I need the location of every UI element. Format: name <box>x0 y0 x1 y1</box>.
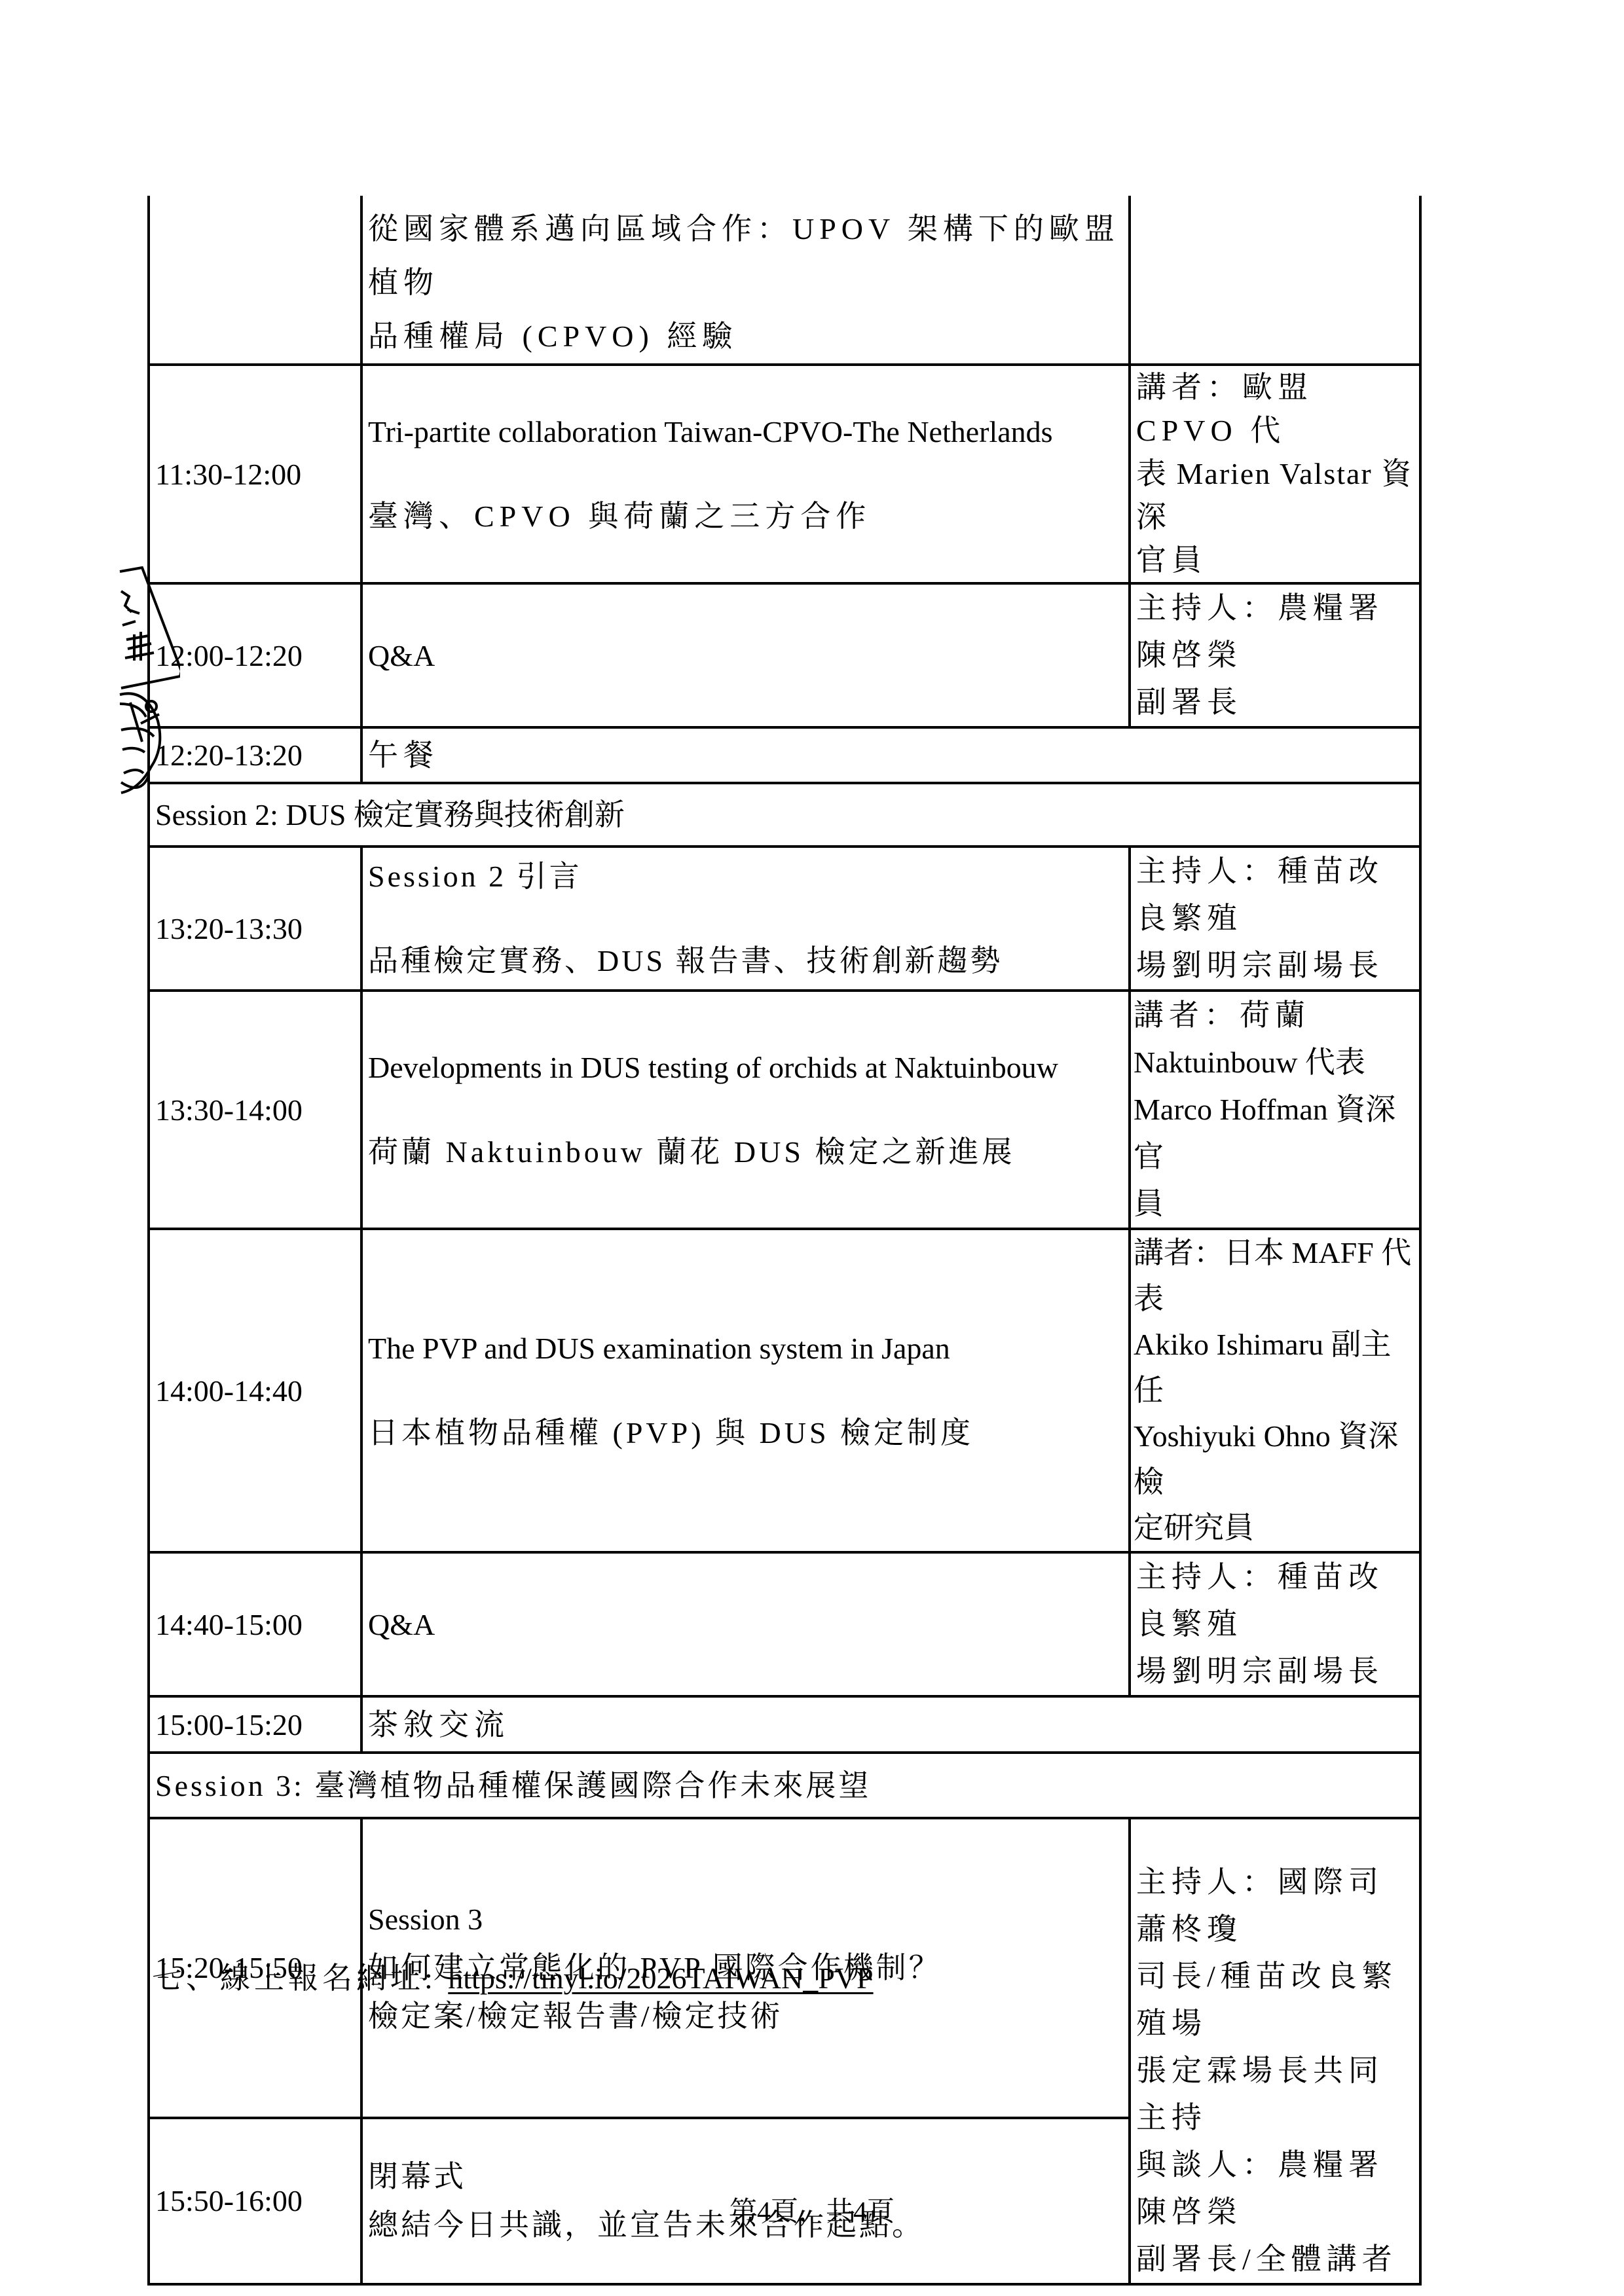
person-line: 主持人：種苗改良繁殖 <box>1136 1554 1414 1648</box>
topic-cell: 從國家體系邁向區域合作：UPOV 架構下的歐盟植物 品種權局 (CPVO) 經驗 <box>361 196 1130 365</box>
registration-label: 七、線上報名網址: <box>152 1961 448 1995</box>
person-line: 副署長/全體講者 <box>1136 2236 1414 2283</box>
person-line: 講者：日本 MAFF 代表 <box>1134 1230 1414 1322</box>
session-header-row: Session 2: DUS 檢定實務與技術創新 <box>149 783 1420 847</box>
topic-line: Session 3 <box>368 1895 1123 1944</box>
topic-line-zh: 荷蘭 Naktuinbouw 蘭花 DUS 檢定之新進展 <box>368 1129 1123 1175</box>
topic-cell: The PVP and DUS examination system in Ja… <box>361 1229 1130 1552</box>
time-cell: 15:00-15:20 <box>149 1696 361 1753</box>
person-line: 表 Marien Valstar 資深 <box>1136 452 1414 539</box>
table-row: 14:00-14:40 The PVP and DUS examination … <box>149 1229 1420 1552</box>
person-line: 定研究員 <box>1134 1505 1414 1551</box>
topic-line: 從國家體系邁向區域合作：UPOV 架構下的歐盟植物 <box>368 202 1123 310</box>
registration-link[interactable]: https://tinyl.io/2026TAIWAN_PVP <box>448 1961 873 1995</box>
person-cell: 主持人：種苗改良繁殖 場劉明宗副場長 <box>1130 1552 1420 1696</box>
topic-line-zh: 臺灣、CPVO 與荷蘭之三方合作 <box>368 494 1123 539</box>
time-cell <box>149 196 361 365</box>
topic-line: 品種檢定實務、DUS 報告書、技術創新趨勢 <box>368 938 1123 983</box>
table-row: 從國家體系邁向區域合作：UPOV 架構下的歐盟植物 品種權局 (CPVO) 經驗 <box>149 196 1420 365</box>
table-row: 15:00-15:20 茶敘交流 <box>149 1696 1420 1753</box>
person-line: 副署長 <box>1136 679 1414 726</box>
person-line: Akiko Ishimaru 副主任 <box>1134 1322 1414 1413</box>
topic-cell: 茶敘交流 <box>361 1696 1420 1753</box>
session-header: Session 2: DUS 檢定實務與技術創新 <box>149 783 1420 847</box>
time-cell: 13:30-14:00 <box>149 991 361 1229</box>
person-line: 主持人：國際司蕭柊瓊 <box>1136 1859 1414 1953</box>
table-row: 13:20-13:30 Session 2 引言 品種檢定實務、DUS 報告書、… <box>149 847 1420 991</box>
topic-cell: Q&A <box>361 583 1130 727</box>
session-header: Session 3: 臺灣植物品種權保護國際合作未來展望 <box>149 1753 1420 1818</box>
person-line: 員 <box>1134 1180 1414 1228</box>
person-line: Marco Hoffman 資深官 <box>1134 1086 1414 1180</box>
person-line: 講者：荷蘭 <box>1134 992 1414 1039</box>
person-cell <box>1130 196 1420 365</box>
person-cell: 講者：荷蘭 Naktuinbouw 代表 Marco Hoffman 資深官 員 <box>1130 991 1420 1229</box>
time-cell: 14:00-14:40 <box>149 1229 361 1552</box>
topic-line-en: The PVP and DUS examination system in Ja… <box>368 1326 1123 1371</box>
person-line: 官員 <box>1136 539 1414 582</box>
document-page: 從國家體系邁向區域合作：UPOV 架構下的歐盟植物 品種權局 (CPVO) 經驗… <box>0 0 1624 2296</box>
person-line: 張定霖場長共同主持 <box>1136 2047 1414 2141</box>
topic-line-zh: 日本植物品種權 (PVP) 與 DUS 檢定制度 <box>368 1410 1123 1455</box>
time-cell: 11:30-12:00 <box>149 365 361 583</box>
topic-cell: Tri-partite collaboration Taiwan-CPVO-Th… <box>361 365 1130 583</box>
registration-line: 七、線上報名網址: https://tinyl.io/2026TAIWAN_PV… <box>152 1954 874 1997</box>
table-row: 12:20-13:20 午餐 <box>149 727 1420 783</box>
person-line: 主持人：種苗改良繁殖 <box>1136 848 1414 942</box>
page-number: 第4頁，共4頁 <box>0 2190 1624 2229</box>
time-cell: 14:40-15:00 <box>149 1552 361 1696</box>
topic-cell: 午餐 <box>361 727 1420 783</box>
person-line: 司長/種苗改良繁殖場 <box>1136 1953 1414 2047</box>
table-row: 13:30-14:00 Developments in DUS testing … <box>149 991 1420 1229</box>
topic-line-en: Developments in DUS testing of orchids a… <box>368 1045 1123 1090</box>
table-row: 12:00-12:20 Q&A 主持人：農糧署陳啓榮 副署長 <box>149 583 1420 727</box>
person-cell: 講者：日本 MAFF 代表 Akiko Ishimaru 副主任 Yoshiyu… <box>1130 1229 1420 1552</box>
topic-line-en: Tri-partite collaboration Taiwan-CPVO-Th… <box>368 409 1123 454</box>
time-cell: 13:20-13:30 <box>149 847 361 991</box>
topic-line: Session 2 引言 <box>368 854 1123 899</box>
topic-line: 檢定案/檢定報告書/檢定技術 <box>368 1992 1123 2041</box>
person-line: 講者：歐盟 CPVO 代 <box>1136 366 1414 452</box>
person-line: 場劉明宗副場長 <box>1136 942 1414 989</box>
time-cell: 12:20-13:20 <box>149 727 361 783</box>
topic-cell: Session 2 引言 品種檢定實務、DUS 報告書、技術創新趨勢 <box>361 847 1130 991</box>
person-line: 場劉明宗副場長 <box>1136 1648 1414 1695</box>
person-cell: 主持人：種苗改良繁殖 場劉明宗副場長 <box>1130 847 1420 991</box>
session-header-row: Session 3: 臺灣植物品種權保護國際合作未來展望 <box>149 1753 1420 1818</box>
table-row: 11:30-12:00 Tri-partite collaboration Ta… <box>149 365 1420 583</box>
time-cell: 12:00-12:20 <box>149 583 361 727</box>
person-cell: 講者：歐盟 CPVO 代 表 Marien Valstar 資深 官員 <box>1130 365 1420 583</box>
person-line: 主持人：農糧署陳啓榮 <box>1136 585 1414 679</box>
topic-cell: Q&A <box>361 1552 1130 1696</box>
topic-cell: Developments in DUS testing of orchids a… <box>361 991 1130 1229</box>
person-line: Naktuinbouw 代表 <box>1134 1039 1414 1086</box>
person-line: Yoshiyuki Ohno 資深檢 <box>1134 1413 1414 1505</box>
topic-line: 品種權局 (CPVO) 經驗 <box>368 310 1123 363</box>
table-row: 14:40-15:00 Q&A 主持人：種苗改良繁殖 場劉明宗副場長 <box>149 1552 1420 1696</box>
person-cell: 主持人：農糧署陳啓榮 副署長 <box>1130 583 1420 727</box>
